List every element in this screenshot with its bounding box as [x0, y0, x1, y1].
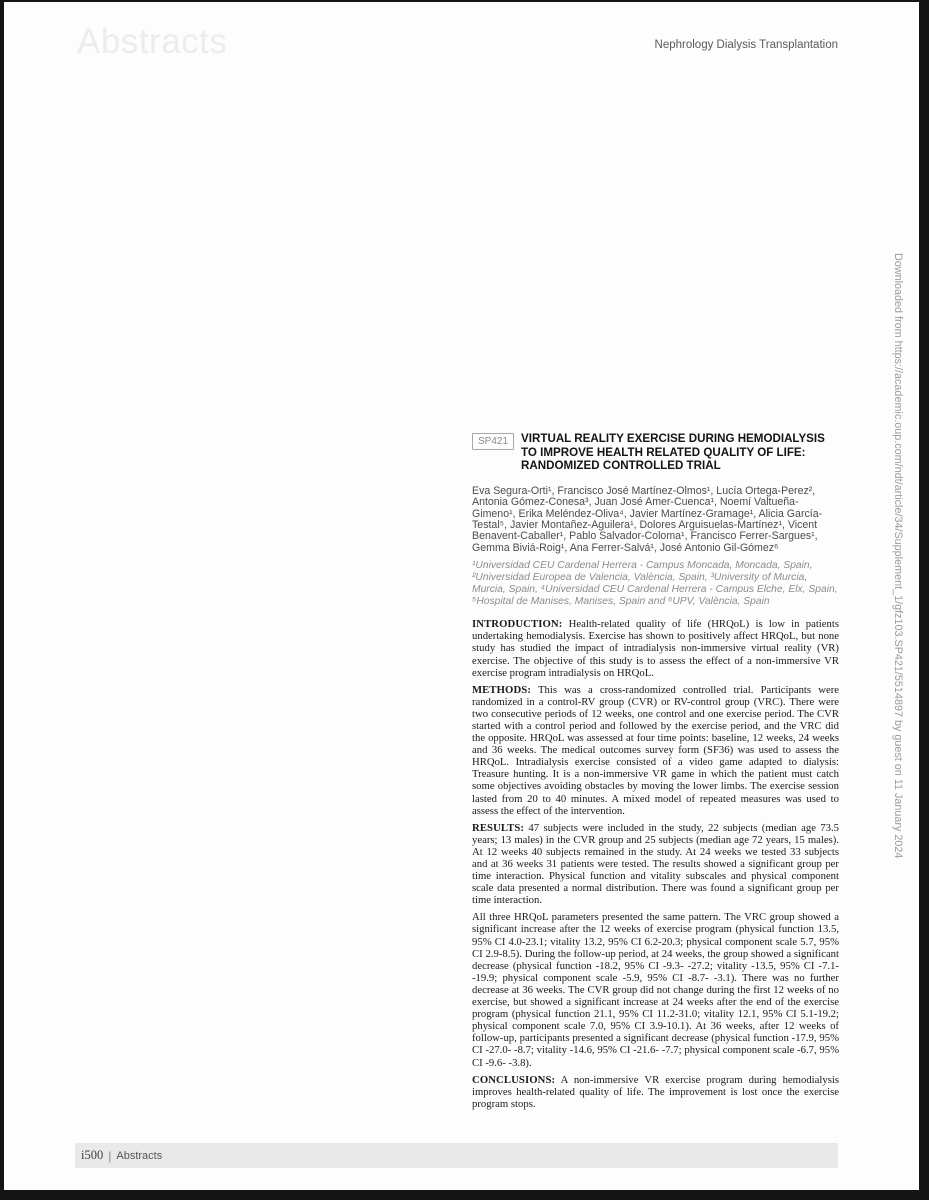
paragraph-text: 47 subjects were included in the study, … [472, 822, 839, 907]
abstract-id-badge: SP421 [472, 433, 514, 450]
paragraph-results-continued: All three HRQoL parameters presented the… [472, 911, 839, 1068]
abstract-affiliations: ¹Universidad CEU Cardenal Herrera - Camp… [472, 560, 839, 608]
abstract-section: SP421 VIRTUAL REALITY EXERCISE DURING HE… [472, 432, 839, 1115]
paragraph-label: METHODS: [472, 684, 531, 696]
footer-section-label: Abstracts [116, 1150, 162, 1162]
abstract-body: INTRODUCTION: Health-related quality of … [472, 618, 839, 1110]
paragraph-label: RESULTS: [472, 822, 524, 834]
paragraph-results: RESULTS: 47 subjects were included in th… [472, 822, 839, 907]
scan-frame-right [919, 0, 929, 1200]
abstract-authors: Eva Segura-Orti¹, Francisco José Martíne… [472, 486, 839, 554]
paragraph-introduction: INTRODUCTION: Health-related quality of … [472, 618, 839, 678]
paragraph-text: All three HRQoL parameters presented the… [472, 911, 839, 1068]
paragraph-label: INTRODUCTION: [472, 618, 562, 630]
journal-title: Nephrology Dialysis Transplantation [655, 39, 838, 51]
paragraph-conclusions: CONCLUSIONS: A non-immersive VR exercise… [472, 1074, 839, 1110]
footer-bar: i500 | Abstracts [75, 1143, 838, 1168]
footer-separator: | [108, 1149, 111, 1163]
paragraph-text: This was a cross-randomized controlled t… [472, 684, 839, 817]
scan-frame-bottom [0, 1190, 929, 1200]
journal-page: Abstracts Nephrology Dialysis Transplant… [0, 0, 929, 1200]
paragraph-methods: METHODS: This was a cross-randomized con… [472, 684, 839, 817]
footer-page-number: i500 [81, 1148, 103, 1163]
scan-frame-top [0, 0, 929, 2]
download-provenance-note: Downloaded from https://academic.oup.com… [889, 253, 904, 963]
abstract-title: VIRTUAL REALITY EXERCISE DURING HEMODIAL… [521, 432, 839, 473]
abstract-heading-row: SP421 VIRTUAL REALITY EXERCISE DURING HE… [472, 432, 839, 473]
paragraph-label: CONCLUSIONS: [472, 1074, 555, 1086]
scan-frame-left [0, 0, 4, 1200]
running-head-watermark: Abstracts [77, 22, 227, 62]
